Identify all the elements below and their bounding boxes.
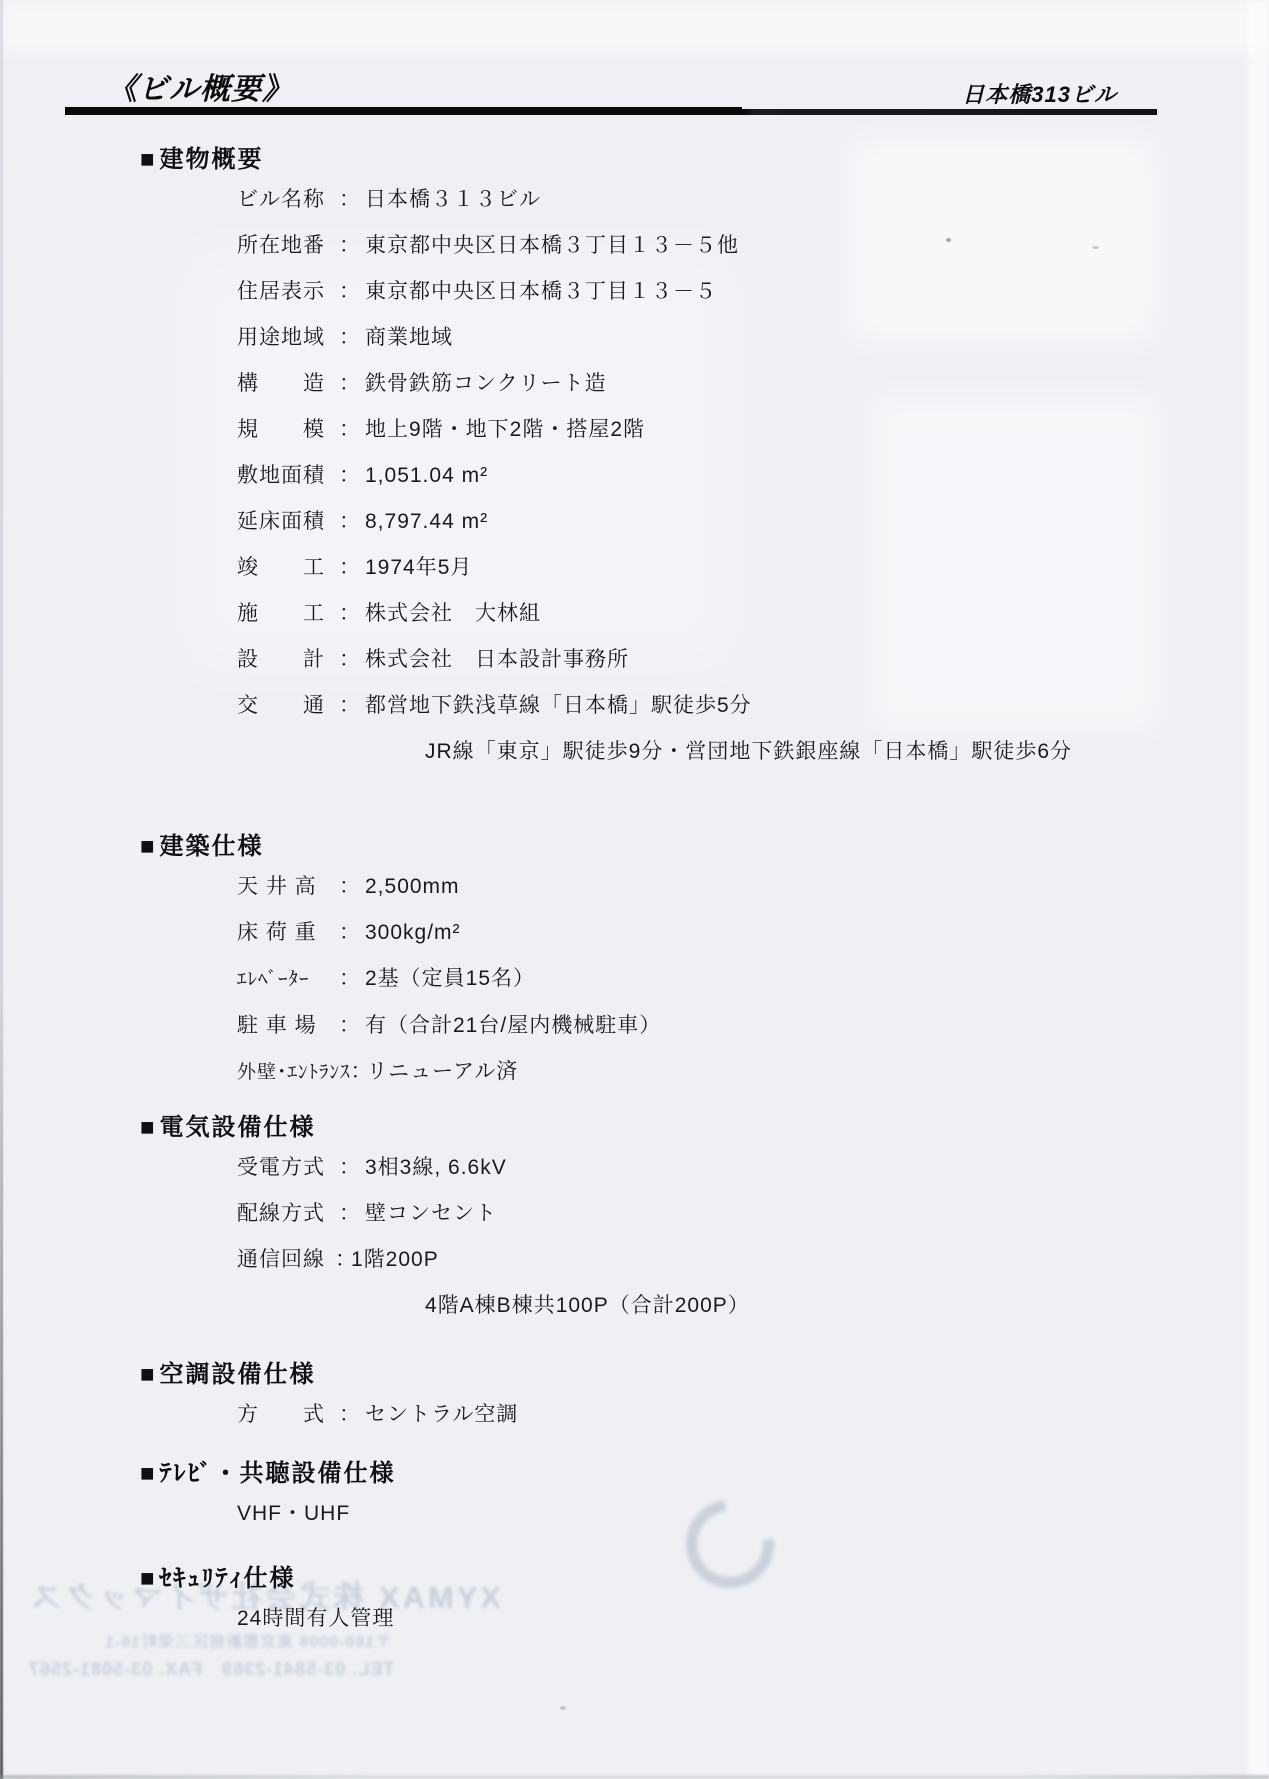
section-heading: ■ｾｷｭﾘﾃｨ仕様 bbox=[0, 1567, 1269, 1591]
spec-colon: ： bbox=[335, 876, 365, 897]
spec-row: 規 模：地上9階・地下2階・搭屋2階 bbox=[0, 419, 1269, 440]
spec-value: 2基（定員15名） bbox=[365, 967, 535, 990]
spec-label: 構 造 bbox=[237, 373, 335, 394]
section-title: ﾃﾚﾋﾞ・共聴設備仕様 bbox=[160, 1460, 396, 1487]
spec-row: 延床面積：8,797.44 m² bbox=[0, 511, 1269, 532]
spec-label: 天 井 高 bbox=[237, 876, 335, 897]
spec-colon: ： bbox=[335, 968, 365, 989]
spec-row: 配線方式：壁コンセント bbox=[0, 1203, 1269, 1224]
section-title: 建物概要 bbox=[160, 146, 264, 173]
spec-colon: ： bbox=[335, 419, 365, 440]
section-security-spec: ■ｾｷｭﾘﾃｨ仕様24時間有人管理 bbox=[0, 1549, 1269, 1629]
section-title: ｾｷｭﾘﾃｨ仕様 bbox=[160, 1565, 296, 1592]
spec-colon: ： bbox=[335, 327, 365, 348]
spec-label: ｴﾚﾍﾞｰﾀｰ bbox=[237, 969, 335, 990]
scan-edge-shadow bbox=[0, 1775, 1269, 1779]
document-title: 《ビル概要》 bbox=[107, 64, 293, 108]
building-name-header: 日本橋313ビル bbox=[962, 78, 1117, 109]
spec-colon: ： bbox=[335, 373, 365, 394]
spec-row: 住居表示：東京都中央区日本橋３丁目１３－５ bbox=[0, 281, 1269, 302]
spec-line: VHF・UHF bbox=[0, 1503, 1269, 1524]
spec-value: 商業地域 bbox=[365, 326, 453, 349]
spec-label: 交 通 bbox=[237, 695, 335, 716]
spec-label: 通信回線 bbox=[237, 1249, 335, 1270]
spec-colon: ： bbox=[335, 1015, 365, 1036]
spec-value: 3相3線, 6.6kV bbox=[365, 1156, 507, 1179]
spec-row: ビル名称：日本橋３１３ビル bbox=[0, 189, 1269, 210]
spec-row: ｴﾚﾍﾞｰﾀｰ：2基（定員15名） bbox=[0, 968, 1269, 990]
spec-row: 受電方式：3相3線, 6.6kV bbox=[0, 1157, 1269, 1178]
spec-value: 鉄骨鉄筋コンクリート造 bbox=[365, 372, 607, 395]
spec-colon: ： bbox=[335, 511, 365, 532]
spec-colon: ： bbox=[335, 557, 365, 578]
section-heading: ■建物概要 bbox=[0, 148, 1269, 172]
spec-row: 竣 工：1974年5月 bbox=[0, 557, 1269, 578]
spec-value: 都営地下鉄浅草線「日本橋」駅徒歩5分 bbox=[365, 694, 752, 717]
spec-label: 用途地域 bbox=[237, 327, 335, 348]
spec-label: 施 工 bbox=[237, 603, 335, 624]
spec-value: 株式会社 大林組 bbox=[365, 602, 541, 625]
section-bullet-icon: ■ bbox=[140, 1565, 157, 1592]
header-rule bbox=[65, 109, 1157, 115]
spec-colon: ： bbox=[335, 235, 365, 256]
spec-row: 設 計：株式会社 日本設計事務所 bbox=[0, 649, 1269, 670]
section-bullet-icon: ■ bbox=[140, 146, 157, 173]
spec-label: 規 模 bbox=[237, 419, 335, 440]
spec-value: 1,051.04 m² bbox=[365, 464, 488, 487]
spec-value: 壁コンセント bbox=[365, 1202, 497, 1225]
spec-value-continuation: 4階A棟B棟共100P（合計200P） bbox=[0, 1295, 1269, 1316]
spec-row: 所在地番：東京都中央区日本橋３丁目１３－５他 bbox=[0, 235, 1269, 256]
spec-row: 施 工：株式会社 大林組 bbox=[0, 603, 1269, 624]
spec-row: 用途地域：商業地域 bbox=[0, 327, 1269, 348]
section-heading: ■電気設備仕様 bbox=[0, 1116, 1269, 1140]
spec-colon: ： bbox=[335, 281, 365, 302]
section-architecture-spec: ■建築仕様天 井 高：2,500mm床 荷 重：300kg/m²ｴﾚﾍﾞｰﾀｰ：… bbox=[0, 787, 1269, 1083]
spec-label: 敷地面積 bbox=[237, 465, 335, 486]
section-bullet-icon: ■ bbox=[140, 833, 157, 860]
spec-line: 24時間有人管理 bbox=[0, 1608, 1269, 1629]
spec-colon: ： bbox=[335, 922, 365, 943]
section-bullet-icon: ■ bbox=[140, 1361, 157, 1388]
spec-label: 方 式 bbox=[237, 1404, 335, 1425]
spec-row: 外壁･ｴﾝﾄﾗﾝｽ：リニューアル済 bbox=[0, 1061, 1269, 1083]
spec-row: 床 荷 重：300kg/m² bbox=[0, 922, 1269, 943]
spec-value: 2,500mm bbox=[365, 875, 460, 898]
spec-label: ビル名称 bbox=[237, 189, 335, 210]
spec-label: 所在地番 bbox=[237, 235, 335, 256]
spec-colon: ： bbox=[335, 649, 365, 670]
spec-label: 外壁･ｴﾝﾄﾗﾝｽ bbox=[237, 1062, 351, 1083]
section-electrical-spec: ■電気設備仕様受電方式：3相3線, 6.6kV配線方式：壁コンセント通信回線：1… bbox=[0, 1108, 1269, 1316]
spec-row: 方 式：セントラル空調 bbox=[0, 1404, 1269, 1425]
spec-value: 8,797.44 m² bbox=[365, 510, 488, 533]
spec-colon: ： bbox=[335, 1203, 365, 1224]
spec-row: 通信回線：1階200P bbox=[0, 1249, 1269, 1270]
section-building-overview: ■建物概要ビル名称：日本橋３１３ビル所在地番：東京都中央区日本橋３丁目１３－５他… bbox=[0, 130, 1269, 762]
scan-speck bbox=[560, 1706, 566, 1710]
spec-colon: ： bbox=[351, 1061, 367, 1082]
scan-artifact bbox=[0, 0, 1269, 52]
spec-label: 住居表示 bbox=[237, 281, 335, 302]
spec-label: 駐 車 場 bbox=[237, 1015, 335, 1036]
section-hvac-spec: ■空調設備仕様方 式：セントラル空調 bbox=[0, 1341, 1269, 1425]
spec-label: 配線方式 bbox=[237, 1203, 335, 1224]
spec-colon: ： bbox=[335, 1249, 351, 1270]
spec-label: 設 計 bbox=[237, 649, 335, 670]
spec-colon: ： bbox=[335, 465, 365, 486]
spec-colon: ： bbox=[335, 695, 365, 716]
spec-row: 敷地面積：1,051.04 m² bbox=[0, 465, 1269, 486]
section-title: 空調設備仕様 bbox=[160, 1361, 316, 1388]
scanned-document-page: XYMAX 株式会社ザイマックス 〒160-0008 東京都新宿区三栄町16-1… bbox=[0, 0, 1269, 1779]
bleedthrough-text: TEL. 03-5841-2369 FAX. 03-5081-2567 bbox=[28, 1655, 394, 1681]
spec-colon: ： bbox=[335, 1404, 365, 1425]
spec-label: 延床面積 bbox=[237, 511, 335, 532]
section-heading: ■空調設備仕様 bbox=[0, 1363, 1269, 1387]
spec-label: 受電方式 bbox=[237, 1157, 335, 1178]
spec-value: 300kg/m² bbox=[365, 921, 461, 944]
section-bullet-icon: ■ bbox=[140, 1460, 157, 1487]
spec-value: 日本橋３１３ビル bbox=[365, 188, 541, 211]
spec-value: 東京都中央区日本橋３丁目１３－５ bbox=[365, 280, 717, 303]
spec-colon: ： bbox=[335, 1157, 365, 1178]
spec-value: 地上9階・地下2階・搭屋2階 bbox=[365, 418, 645, 441]
spec-label: 床 荷 重 bbox=[237, 922, 335, 943]
document-body: ■建物概要ビル名称：日本橋３１３ビル所在地番：東京都中央区日本橋３丁目１３－５他… bbox=[0, 130, 1269, 1654]
section-heading: ■建築仕様 bbox=[0, 835, 1269, 859]
spec-value: 有（合計21台/屋内機械駐車） bbox=[365, 1014, 661, 1037]
section-title: 電気設備仕様 bbox=[160, 1114, 316, 1141]
section-tv-spec: ■ﾃﾚﾋﾞ・共聴設備仕様VHF・UHF bbox=[0, 1450, 1269, 1524]
spec-value: リニューアル済 bbox=[367, 1060, 519, 1083]
spec-colon: ： bbox=[335, 603, 365, 624]
spec-value: 1階200P bbox=[351, 1248, 439, 1271]
section-heading: ■ﾃﾚﾋﾞ・共聴設備仕様 bbox=[0, 1462, 1269, 1486]
spec-value: 株式会社 日本設計事務所 bbox=[365, 648, 629, 671]
spec-label: 竣 工 bbox=[237, 557, 335, 578]
spec-row: 交 通：都営地下鉄浅草線「日本橋」駅徒歩5分 bbox=[0, 695, 1269, 716]
spec-value-continuation: JR線「東京」駅徒歩9分・営団地下鉄銀座線「日本橋」駅徒歩6分 bbox=[0, 741, 1269, 762]
spec-row: 構 造：鉄骨鉄筋コンクリート造 bbox=[0, 373, 1269, 394]
spec-row: 天 井 高：2,500mm bbox=[0, 876, 1269, 897]
spec-colon: ： bbox=[335, 189, 365, 210]
spec-value: セントラル空調 bbox=[365, 1403, 518, 1426]
spec-value: 1974年5月 bbox=[365, 556, 472, 579]
section-title: 建築仕様 bbox=[160, 833, 264, 860]
spec-value: 東京都中央区日本橋３丁目１３－５他 bbox=[365, 234, 739, 257]
section-bullet-icon: ■ bbox=[140, 1114, 157, 1141]
spec-row: 駐 車 場：有（合計21台/屋内機械駐車） bbox=[0, 1015, 1269, 1036]
